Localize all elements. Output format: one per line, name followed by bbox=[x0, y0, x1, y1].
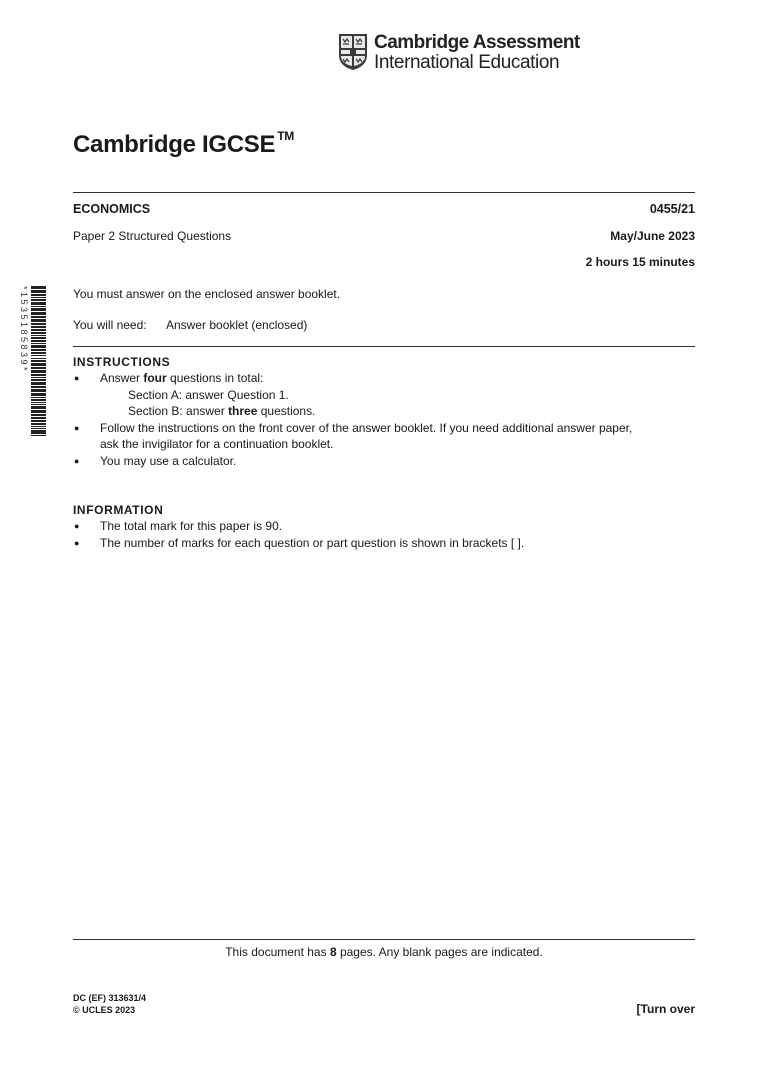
turn-over-label: [Turn over bbox=[637, 1002, 695, 1016]
cambridge-shield-icon bbox=[338, 33, 368, 71]
information-heading: INFORMATION bbox=[73, 503, 163, 517]
brand-name: Cambridge IGCSE bbox=[73, 131, 275, 158]
document-code: DC (EF) 313631/4 © UCLES 2023 bbox=[73, 992, 146, 1016]
information-list: ● The total mark for this paper is 90. ●… bbox=[73, 518, 698, 551]
trademark-mark: TM bbox=[277, 129, 294, 143]
barcode bbox=[31, 286, 46, 436]
bullet-icon: ● bbox=[73, 370, 100, 387]
answer-instruction: You must answer on the enclosed answer b… bbox=[73, 287, 340, 301]
paper-code: 0455/21 bbox=[650, 202, 695, 216]
bullet-icon: ● bbox=[73, 518, 100, 535]
cambridge-logo: Cambridge Assessment International Educa… bbox=[338, 33, 580, 73]
subject-title: ECONOMICS bbox=[73, 202, 150, 216]
divider-middle bbox=[73, 346, 695, 347]
paper-title: Paper 2 Structured Questions bbox=[73, 229, 231, 243]
instructions-list: ● Answer four questions in total: Sectio… bbox=[73, 370, 698, 469]
divider-top bbox=[73, 192, 695, 193]
bullet-icon: ● bbox=[73, 535, 100, 552]
instruction-subitem: Section B: answer three questions. bbox=[73, 403, 698, 420]
bullet-icon: ● bbox=[73, 420, 100, 453]
information-item: ● The total mark for this paper is 90. bbox=[73, 518, 698, 535]
instruction-subitem: Section A: answer Question 1. bbox=[73, 387, 698, 404]
instructions-heading: INSTRUCTIONS bbox=[73, 355, 170, 369]
page-count-note: This document has 8 pages. Any blank pag… bbox=[73, 945, 695, 959]
need-label: You will need: bbox=[73, 318, 166, 332]
information-item: ● The number of marks for each question … bbox=[73, 535, 698, 552]
need-value: Answer booklet (enclosed) bbox=[166, 318, 307, 332]
logo-line-2: International Education bbox=[374, 53, 580, 73]
equipment-line: You will need:Answer booklet (enclosed) bbox=[73, 318, 307, 332]
barcode-number: *1535185839* bbox=[17, 286, 29, 436]
exam-session: May/June 2023 bbox=[610, 229, 695, 243]
doc-reference: DC (EF) 313631/4 bbox=[73, 992, 146, 1004]
divider-bottom bbox=[73, 939, 695, 940]
exam-duration: 2 hours 15 minutes bbox=[586, 255, 695, 269]
copyright: © UCLES 2023 bbox=[73, 1004, 146, 1016]
brand-title: Cambridge IGCSETM bbox=[73, 131, 294, 159]
bullet-icon: ● bbox=[73, 453, 100, 470]
instruction-item: ● Answer four questions in total: bbox=[73, 370, 698, 387]
instruction-item: ● Follow the instructions on the front c… bbox=[73, 420, 698, 453]
instruction-item: ● You may use a calculator. bbox=[73, 453, 698, 470]
logo-line-1: Cambridge Assessment bbox=[374, 33, 580, 53]
